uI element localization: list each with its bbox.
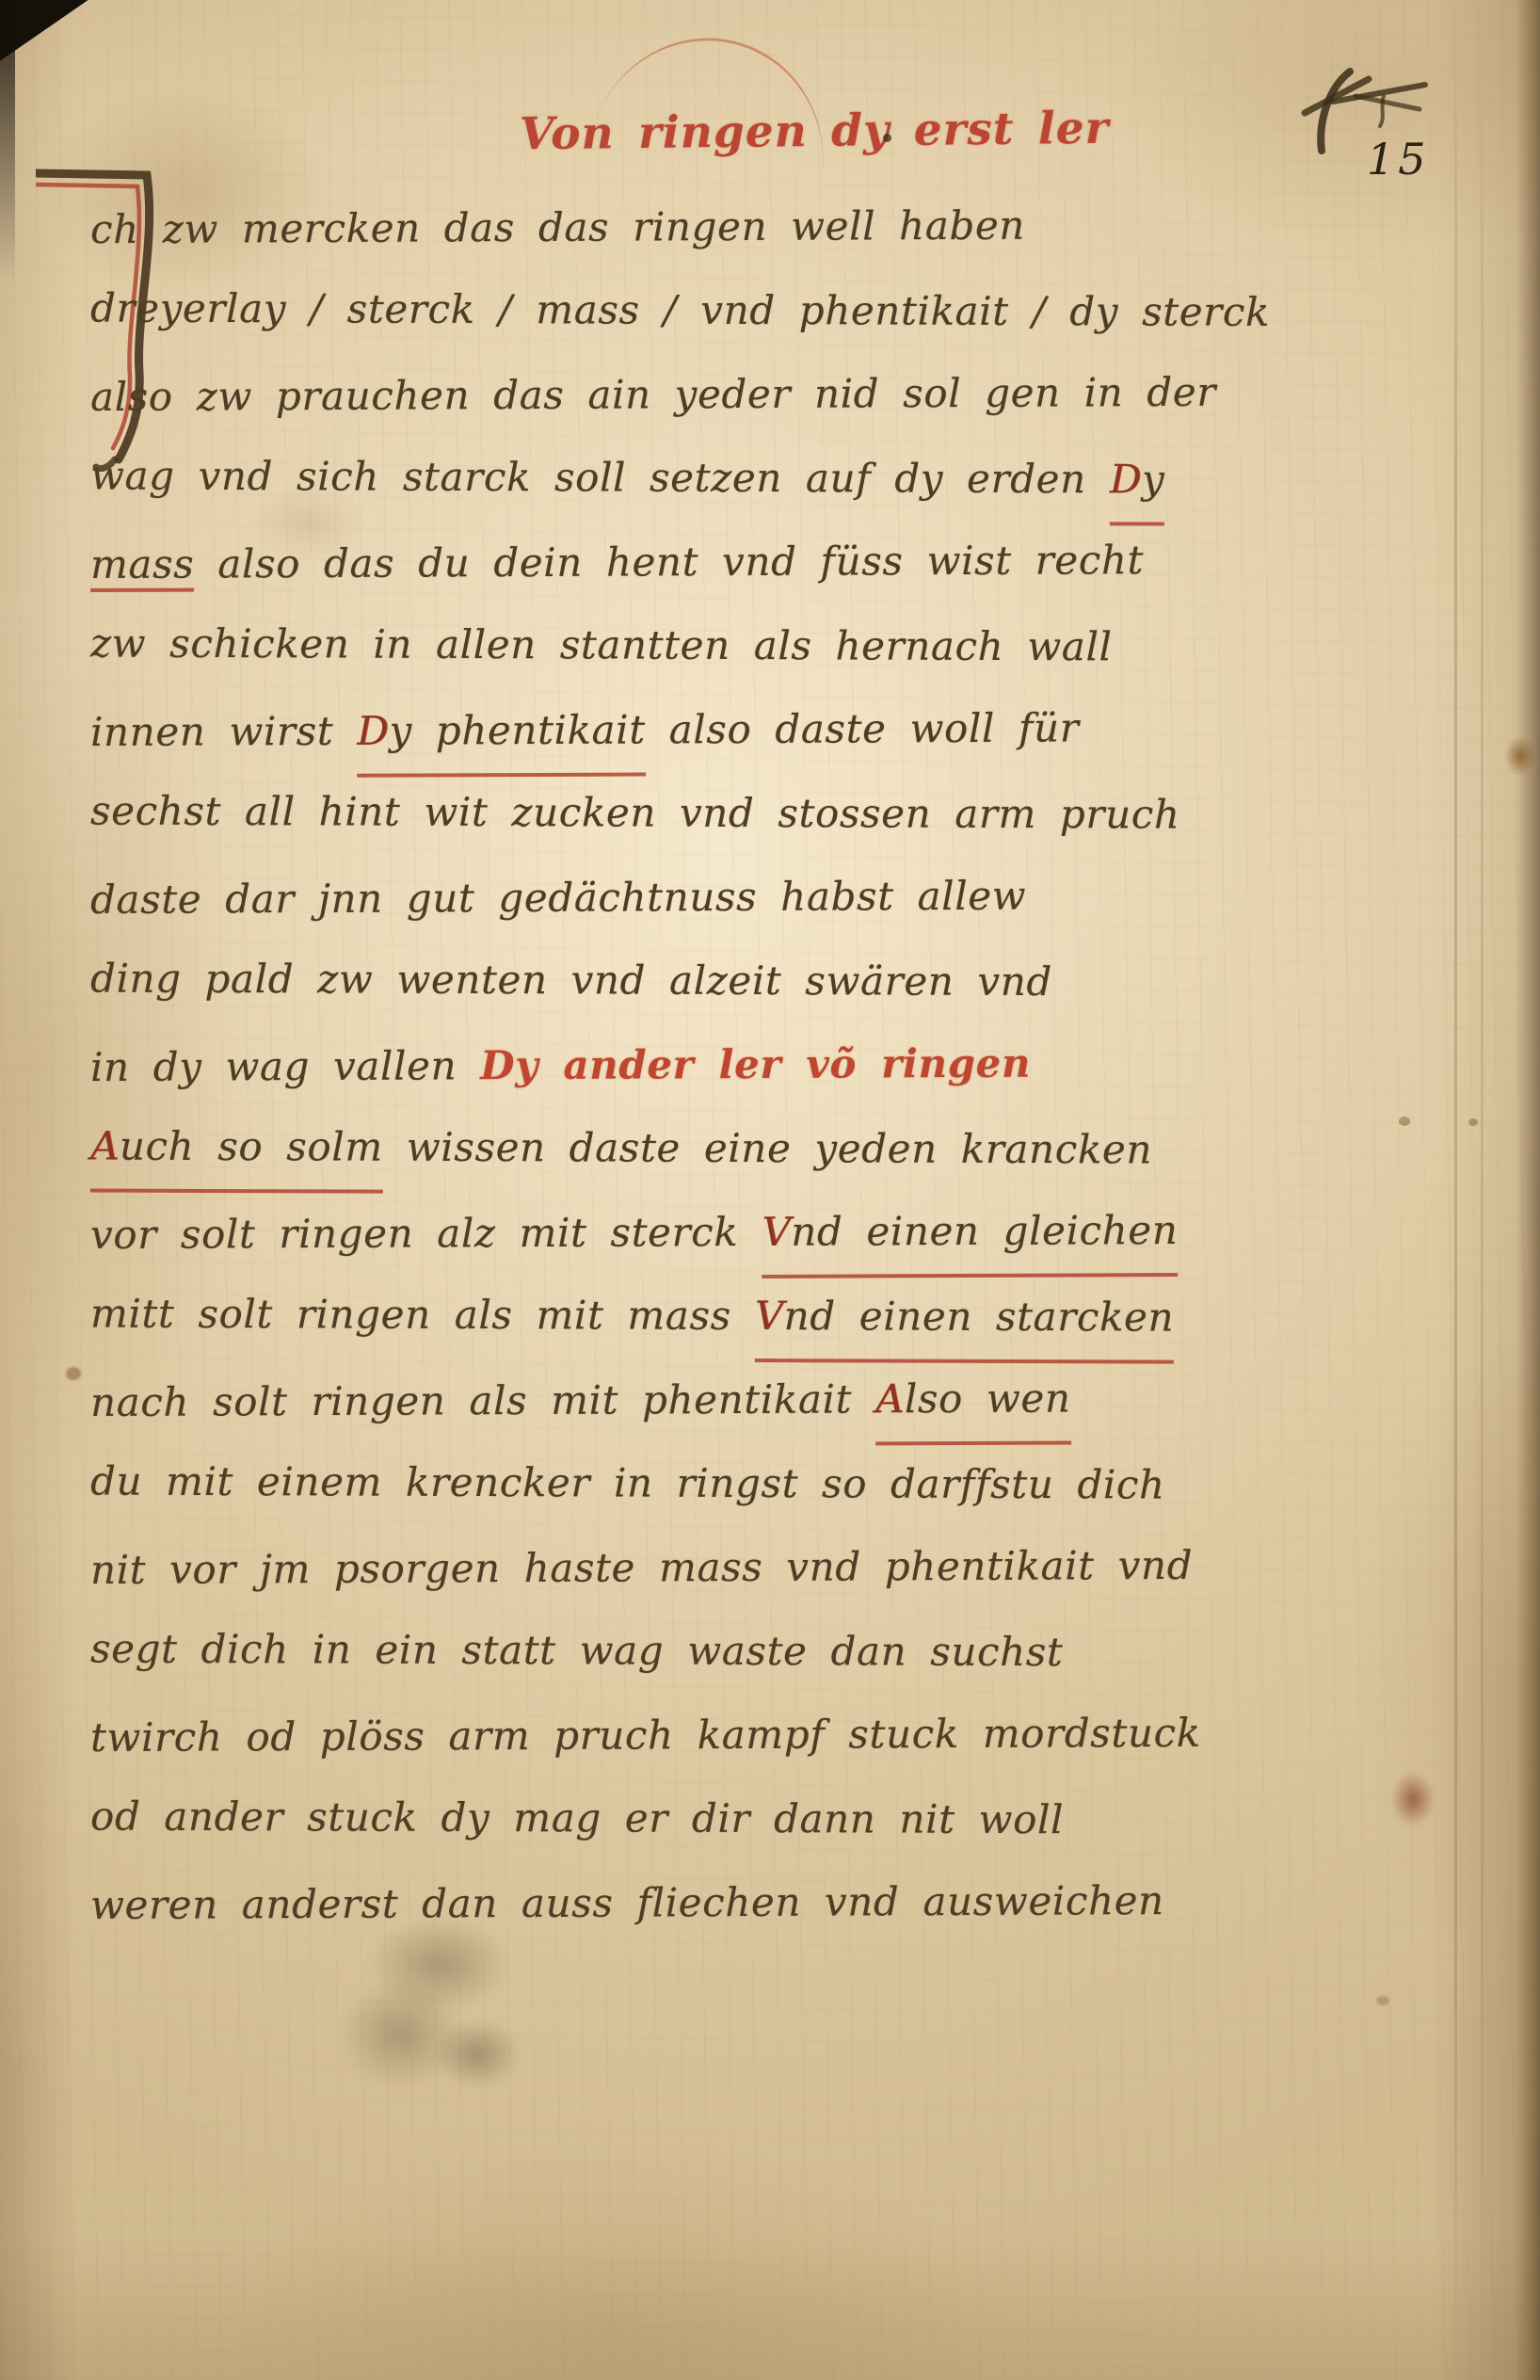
- page-edge-right: [1516, 0, 1540, 2380]
- folio-number: 15: [1367, 134, 1430, 185]
- chapter-heading-rubric: Von ringen dy erst ler: [520, 103, 1110, 161]
- text-line: ch zw mercken das das ringen well haben: [90, 182, 1408, 271]
- ink-segment: twirch od plöss arm pruch kampf stuck mo…: [90, 1710, 1201, 1761]
- text-line: mass also das du dein hent vnd füss wist…: [90, 517, 1408, 606]
- ink-segment: ch zw mercken das das ringen well haben: [90, 202, 1025, 252]
- ink-segment: daste dar jnn gut gedächtnuss habst alle…: [90, 873, 1027, 923]
- ink-segment: Dy: [1110, 437, 1165, 525]
- ink-segment: also das du dein hent vnd füss wist rech…: [194, 537, 1144, 587]
- ink-segment: nach solt ringen als mit phentikait: [90, 1375, 875, 1425]
- text-line: sechst all hint wit zucken vnd stossen a…: [90, 769, 1408, 858]
- text-line: twirch od plöss arm pruch kampf stuck mo…: [90, 1690, 1408, 1779]
- foxing-spot: [66, 1367, 81, 1380]
- ink-segment: also daste woll für: [646, 704, 1080, 752]
- text-lines: ch zw mercken das das ringen well habend…: [90, 185, 1408, 1944]
- text-line: innen wirst Dy phentikait also daste wol…: [90, 684, 1408, 774]
- ink-segment: also zw prauchen das ain yeder nid sol g…: [90, 369, 1216, 420]
- gutter-shadow-left: [0, 0, 15, 282]
- ink-segment: zw schicken in allen stantten als hernac…: [90, 620, 1113, 670]
- foxing-spot: [1399, 1117, 1410, 1126]
- ink-segment: wag vnd sich starck soll setzen auf dy e…: [90, 453, 1110, 503]
- red-ink-flourish: [591, 13, 850, 192]
- text-line: weren anderst dan auss fliechen vnd ausw…: [90, 1857, 1408, 1947]
- ink-speck: [883, 134, 891, 142]
- rubric-segment: Dy ander ler võ ringen: [480, 1040, 1031, 1089]
- ink-segment: segt dich in ein statt wag waste dan suc…: [90, 1626, 1064, 1676]
- ink-segment: ding pald zw wenten vnd alzeit swären vn…: [90, 956, 1052, 1005]
- ink-segment: mass: [90, 541, 195, 592]
- ink-segment: nit vor jm psorgen haste mass vnd phenti…: [90, 1542, 1193, 1593]
- ink-segment: mitt solt ringen als mit mass: [90, 1291, 755, 1339]
- ink-segment: Vnd einen starcken: [755, 1274, 1175, 1364]
- foxing-spot: [1468, 1118, 1478, 1126]
- ink-segment: od ander stuck dy mag er dir dann nit wo…: [90, 1793, 1064, 1843]
- text-line: vor solt ringen alz mit sterck Vnd einen…: [90, 1187, 1408, 1277]
- vertical-crease: [1454, 0, 1457, 2380]
- foxing-spot: [1376, 1996, 1389, 2005]
- ink-segment: wissen daste eine yeden krancken: [383, 1124, 1152, 1173]
- text-line: in dy wag vallen Dy ander ler võ ringen: [90, 1020, 1408, 1109]
- ink-segment: Auch so solm: [90, 1104, 383, 1194]
- text-line: du mit einem krencker in ringst so darff…: [90, 1439, 1408, 1528]
- ink-segment: du mit einem krencker in ringst so darff…: [90, 1458, 1165, 1508]
- binding-shadow-top-left: [0, 0, 113, 85]
- ink-segment: vor solt ringen alz mit sterck: [90, 1209, 762, 1258]
- ink-segment: Also wen: [875, 1357, 1071, 1446]
- ink-segment: sechst all hint wit zucken vnd stossen a…: [90, 788, 1180, 838]
- text-line: mitt solt ringen als mit mass Vnd einen …: [90, 1272, 1408, 1360]
- ink-segment: weren anderst dan auss fliechen vnd ausw…: [90, 1877, 1164, 1928]
- ink-segment: dreyerlay / sterck / mass / vnd phentika…: [90, 285, 1270, 335]
- manuscript-page: Von ringen dy erst ler 15 ch zw mercken …: [0, 0, 1540, 2380]
- ink-segment: Dy phentikait: [357, 687, 646, 777]
- text-line: daste dar jnn gut gedächtnuss habst alle…: [90, 852, 1408, 941]
- text-line: nach solt ringen als mit phentikait Also…: [90, 1355, 1408, 1444]
- ink-segment: innen wirst: [90, 708, 357, 755]
- text-line: Auch so solm wissen daste eine yeden kra…: [90, 1104, 1408, 1193]
- text-line: zw schicken in allen stantten als hernac…: [90, 602, 1408, 690]
- text-line: nit vor jm psorgen haste mass vnd phenti…: [90, 1522, 1408, 1612]
- vertical-crease: [1481, 0, 1484, 2380]
- text-line: segt dich in ein statt wag waste dan suc…: [90, 1607, 1408, 1696]
- text-line: od ander stuck dy mag er dir dann nit wo…: [90, 1775, 1408, 1863]
- text-line: wag vnd sich starck soll setzen auf dy e…: [90, 434, 1408, 523]
- ink-segment: in dy wag vallen: [90, 1042, 480, 1090]
- ink-segment: Vnd einen gleichen: [762, 1188, 1179, 1278]
- text-line: dreyerlay / sterck / mass / vnd phentika…: [90, 266, 1408, 355]
- text-line: also zw prauchen das ain yeder nid sol g…: [90, 349, 1408, 439]
- text-line: ding pald zw wenten vnd alzeit swären vn…: [90, 937, 1408, 1025]
